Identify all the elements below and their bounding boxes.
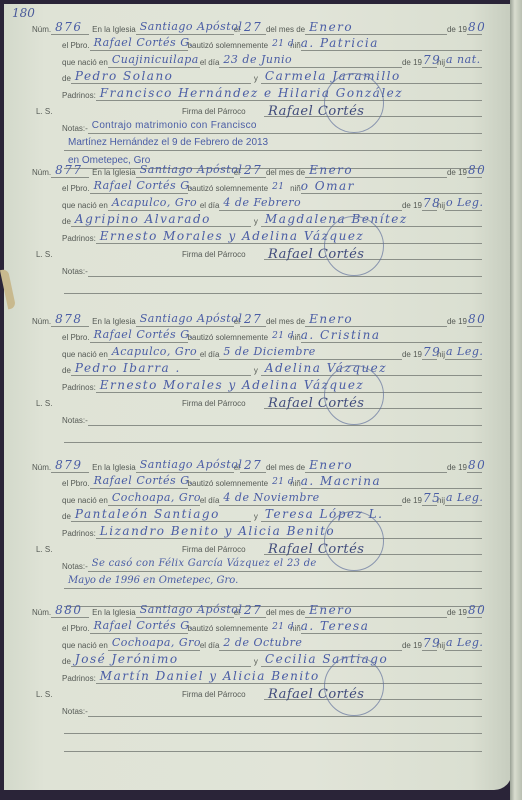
notes-line [64,279,482,294]
label-padrinos: Padrinos: [62,383,96,393]
baptism-record: Núm. 880 En la Iglesia Santiago Apóstol … [32,601,482,752]
age-days: 21 d [268,37,290,51]
label-num: Núm. [32,463,51,473]
label-y: y [254,74,258,84]
label-pbro: el Pbro. [62,333,90,343]
age-days: 21 d [268,329,290,343]
label-bautizo: bautizó solemnemente [188,184,269,194]
label-pbro: el Pbro. [62,41,90,51]
label-nino: niñ [290,184,301,194]
notes-line [88,262,482,277]
label-firma: Firma del Párroco [182,690,246,699]
baptism-day: 27 [240,603,266,618]
notes-line [88,702,482,717]
label-iglesia: En la Iglesia [92,608,136,618]
baptism-record: Núm. 876 En la Iglesia Santiago Apóstol … [32,18,482,169]
label-dia: el día [200,201,220,211]
baptism-year: 80 [467,458,482,473]
baptism-year: 80 [467,20,482,35]
bookmark-ribbon [0,269,16,310]
label-nacio: que nació en [62,496,108,506]
notes-line: Se casó con Félix García Vázquez el 23 d… [88,557,482,572]
label-y: y [254,366,258,376]
priest-name: Rafael Cortés G. [90,474,188,489]
child-name: a. Patricia [301,36,482,51]
child-name: a. Teresa [301,619,482,634]
label-de: de [62,74,71,84]
label-firma: Firma del Párroco [182,250,246,259]
godparents: Martín Daniel y Alicia Benito [96,669,482,684]
label-pbro: el Pbro. [62,624,90,634]
label-mes: del mes de [266,608,305,618]
label-year2: de 19 [402,201,422,211]
baptism-day: 27 [240,163,266,178]
label-padrinos: Padrinos: [62,91,96,101]
legitimacy: a Leg. [445,491,482,506]
record-number: 876 [51,20,89,35]
notes-line: Contrajo matrimonio con Francisco [88,119,482,134]
baptism-month: Enero [305,312,447,327]
label-mes: del mes de [266,317,305,327]
label-notas: Notas:- [62,416,88,426]
label-bautizo: bautizó solemnemente [188,41,269,51]
label-y: y [254,512,258,522]
signature-row: L. S. Firma del Párroco Rafael Cortés [32,539,482,556]
label-year: de 19 [447,317,467,327]
father-name: Pantaleón Santiago [71,507,251,522]
label-y: y [254,217,258,227]
birthplace: Acapulco, Gro [108,196,200,211]
legitimacy: a Leg. [445,345,482,360]
notes-line: Martínez Hernández el 9 de Febrero de 20… [64,136,482,151]
label-notas: Notas:- [62,124,88,134]
signature-row: L. S. Firma del Párroco Rafael Cortés [32,684,482,701]
label-num: Núm. [32,25,51,35]
label-dia: el día [200,58,220,68]
father-name: Pedro Solano [71,69,251,84]
baptism-day: 27 [240,20,266,35]
baptism-record: Núm. 879 En la Iglesia Santiago Apóstol … [32,456,482,607]
signature-row: L. S. Firma del Párroco Rafael Cortés [32,101,482,118]
baptism-month: Enero [305,163,447,178]
label-ls: L. S. [36,690,52,699]
signature-row: L. S. Firma del Párroco Rafael Cortés [32,393,482,410]
church-name: Santiago Apóstol [136,312,234,327]
church-name: Santiago Apóstol [136,20,234,35]
birth-date: 2 de Octubre [219,636,402,651]
label-nacio: que nació en [62,350,108,360]
age-days: 21 d [268,620,290,634]
book-binding-edge [510,0,522,800]
priest-name: Rafael Cortés G. [90,179,188,194]
label-year: de 19 [447,168,467,178]
label-padrinos: Padrinos: [62,674,96,684]
label-ls: L. S. [36,545,52,554]
baptism-month: Enero [305,458,447,473]
label-notas: Notas:- [62,707,88,717]
birthplace: Cochoapa, Gro [108,491,200,506]
baptism-year: 80 [467,312,482,327]
label-year: de 19 [447,463,467,473]
birthplace: Cochoapa, Gro [108,636,200,651]
birthplace: Acapulco, Gro [108,345,200,360]
label-year: de 19 [447,608,467,618]
baptism-day: 27 [240,458,266,473]
label-y: y [254,657,258,667]
register-page: 180 Núm. 876 En la Iglesia Santiago Após… [4,4,512,790]
birth-year: 78 [422,196,437,211]
label-firma: Firma del Párroco [182,107,246,116]
record-number: 878 [51,312,89,327]
legitimacy: o Leg. [445,196,482,211]
child-name: a. Cristina [301,328,482,343]
label-dia: el día [200,350,220,360]
label-mes: del mes de [266,168,305,178]
label-notas: Notas:- [62,562,88,572]
priest-name: Rafael Cortés G. [90,619,188,634]
label-year2: de 19 [402,350,422,360]
label-pbro: el Pbro. [62,184,90,194]
baptism-year: 80 [467,163,482,178]
legitimacy: a nat. [445,53,482,68]
label-year: de 19 [447,25,467,35]
birth-year: 75 [422,491,437,506]
godparents: Ernesto Morales y Adelina Vázquez [96,378,482,393]
label-ls: L. S. [36,250,52,259]
label-bautizo: bautizó solemnemente [188,624,269,634]
baptism-day: 27 [240,312,266,327]
label-nacio: que nació en [62,201,108,211]
label-iglesia: En la Iglesia [92,317,136,327]
label-firma: Firma del Párroco [182,399,246,408]
label-dia: el día [200,496,220,506]
father-name: Pedro Ibarra . [71,361,251,376]
notes-line: Mayo de 1996 en Ometepec, Gro. [64,574,482,589]
child-name: o Omar [301,179,482,194]
birthplace: Cuajinicuilapa [108,53,200,68]
notes-line [64,719,482,734]
label-dia: el día [200,641,220,651]
label-ls: L. S. [36,399,52,408]
record-number: 879 [51,458,89,473]
record-number: 880 [51,603,89,618]
notes-line [64,737,482,752]
label-bautizo: bautizó solemnemente [188,333,269,343]
godparents: Ernesto Morales y Adelina Vázquez [96,229,482,244]
label-mes: del mes de [266,463,305,473]
birth-date: 4 de Noviembre [219,491,402,506]
label-de: de [62,657,71,667]
label-nacio: que nació en [62,58,108,68]
godparents: Lizandro Benito y Alicia Benito [96,524,482,539]
label-num: Núm. [32,168,51,178]
label-iglesia: En la Iglesia [92,25,136,35]
age-days: 21 [268,180,290,194]
child-name: a. Macrina [301,474,482,489]
notes-line [88,411,482,426]
label-iglesia: En la Iglesia [92,463,136,473]
baptism-year: 80 [467,603,482,618]
birth-date: 23 de Junio [219,53,402,68]
age-days: 21 d [268,475,290,489]
label-firma: Firma del Párroco [182,545,246,554]
notes-line [64,428,482,443]
label-de: de [62,366,71,376]
notes-continuation [32,279,482,294]
signature-row: L. S. Firma del Párroco Rafael Cortés [32,244,482,261]
label-num: Núm. [32,608,51,618]
birth-date: 5 de Diciembre [219,345,402,360]
label-nacio: que nació en [62,641,108,651]
label-year2: de 19 [402,496,422,506]
birth-date: 4 de Febrero [219,196,402,211]
legitimacy: a Leg. [445,636,482,651]
baptism-record: Núm. 878 En la Iglesia Santiago Apóstol … [32,310,482,443]
label-padrinos: Padrinos: [62,529,96,539]
church-name: Santiago Apóstol [136,458,234,473]
father-name: José Jerónimo [71,652,251,667]
priest-name: Rafael Cortés G. [90,328,188,343]
label-iglesia: En la Iglesia [92,168,136,178]
father-name: Agripino Alvarado [71,212,251,227]
birth-year: 79 [422,53,437,68]
label-padrinos: Padrinos: [62,234,96,244]
label-de: de [62,512,71,522]
label-mes: del mes de [266,25,305,35]
label-num: Núm. [32,317,51,327]
baptism-month: Enero [305,603,447,618]
label-notas: Notas:- [62,267,88,277]
baptism-record: Núm. 877 En la Iglesia Santiago Apóstol … [32,161,482,294]
label-de: de [62,217,71,227]
label-bautizo: bautizó solemnemente [188,479,269,489]
label-year2: de 19 [402,58,422,68]
priest-name: Rafael Cortés G. [90,36,188,51]
godparents: Francisco Hernández e Hilaria González [96,86,482,101]
church-name: Santiago Apóstol [136,163,234,178]
label-year2: de 19 [402,641,422,651]
birth-year: 79 [422,636,437,651]
church-name: Santiago Apóstol [136,603,234,618]
notes-continuation [32,428,482,443]
birth-year: 79 [422,345,437,360]
notes-continuation [32,719,482,752]
record-number: 877 [51,163,89,178]
label-pbro: el Pbro. [62,479,90,489]
baptism-month: Enero [305,20,447,35]
label-ls: L. S. [36,107,52,116]
